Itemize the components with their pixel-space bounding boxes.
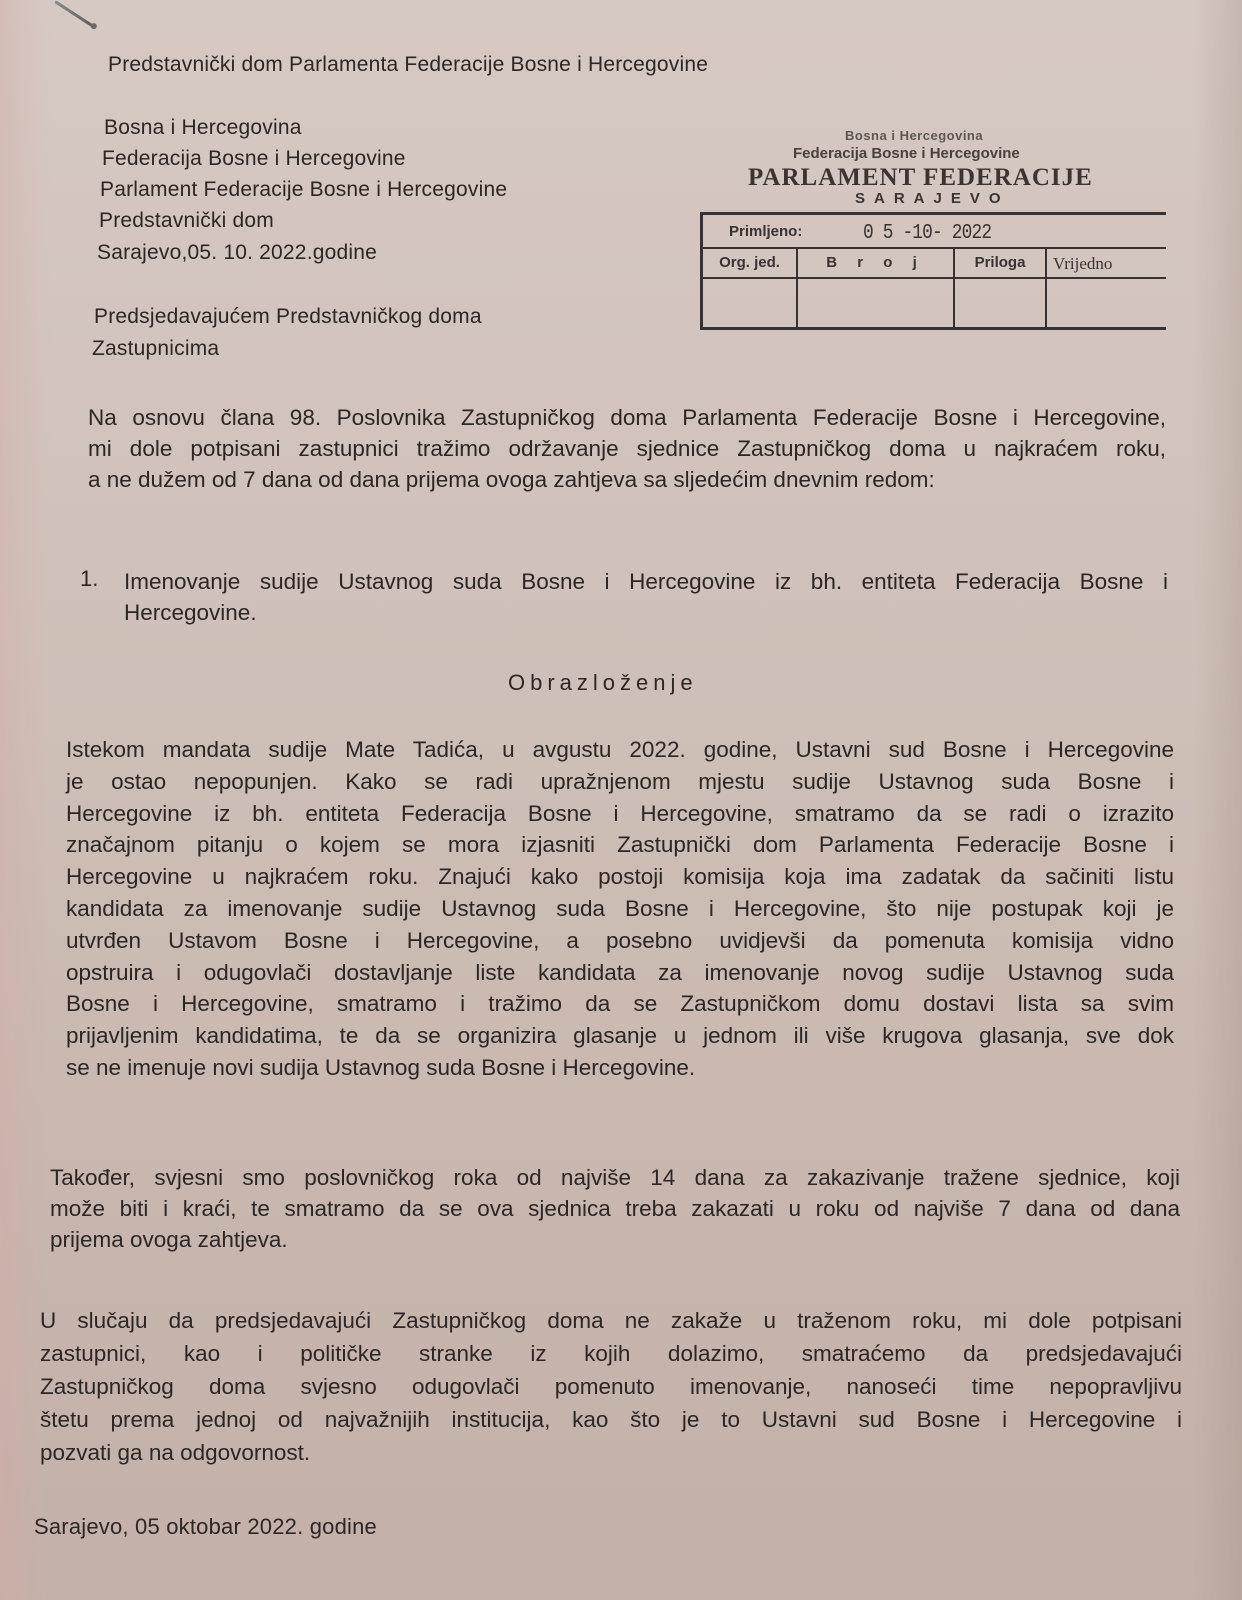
recipient-line: Zastupnicima [92,338,219,359]
stamp-received-row: Primljeno: 0 5 -10- 2022 [703,215,1166,249]
stamp-city: SARAJEVO [855,190,1010,207]
justification-heading: Obrazloženje [508,670,698,696]
stamp-received-label: Primljeno: [729,223,802,240]
stamp-col-attachments: Priloga [955,247,1047,328]
closing-place-date: Sarajevo, 05 oktobar 2022. godine [34,1516,377,1538]
staple-pin-icon [54,0,94,28]
stamp-entity: Federacija Bosne i Hercegovine [793,145,1020,162]
stamp-col-org: Org. jed. [703,247,798,328]
stamp-col-value: Vrijedno [1047,247,1172,328]
sender-line: Parlament Federacije Bosne i Hercegovine [100,179,507,200]
justification-paragraph: Istekom mandata sudije Mate Tadića, u av… [66,734,1174,1084]
stamp-table: Primljeno: 0 5 -10- 2022 Org. jed. B r o… [700,212,1166,330]
deadline-paragraph: Također, svjesni smo poslovničkog roka o… [50,1162,1180,1255]
recipient-line: Predsjedavajućem Predstavničkog doma [94,306,482,327]
agenda-item: Imenovanje sudije Ustavnog suda Bosne i … [124,566,1168,628]
stamp-parliament: PARLAMENT FEDERACIJE [748,164,1093,192]
document-header: Predstavnički dom Parlamenta Federacije … [108,54,708,75]
consequence-paragraph: U slučaju da predsjedavajući Zastupničko… [40,1304,1182,1469]
sender-line: Federacija Bosne i Hercegovine [102,148,406,169]
stamp-country: Bosna i Hercegovina [845,128,983,143]
sender-date: Sarajevo,05. 10. 2022.godine [97,242,377,263]
stamp-header-row: Org. jed. B r o j Priloga Vrijedno [703,247,1166,279]
agenda-item-number: 1. [80,566,98,592]
sender-line: Bosna i Hercegovina [104,117,302,138]
intro-paragraph: Na osnovu člana 98. Poslovnika Zastupnič… [88,402,1166,495]
stamp-col-number: B r o j [798,247,955,328]
stamp-received-date: 0 5 -10- 2022 [863,222,991,245]
sender-line: Predstavnički dom [99,210,274,231]
